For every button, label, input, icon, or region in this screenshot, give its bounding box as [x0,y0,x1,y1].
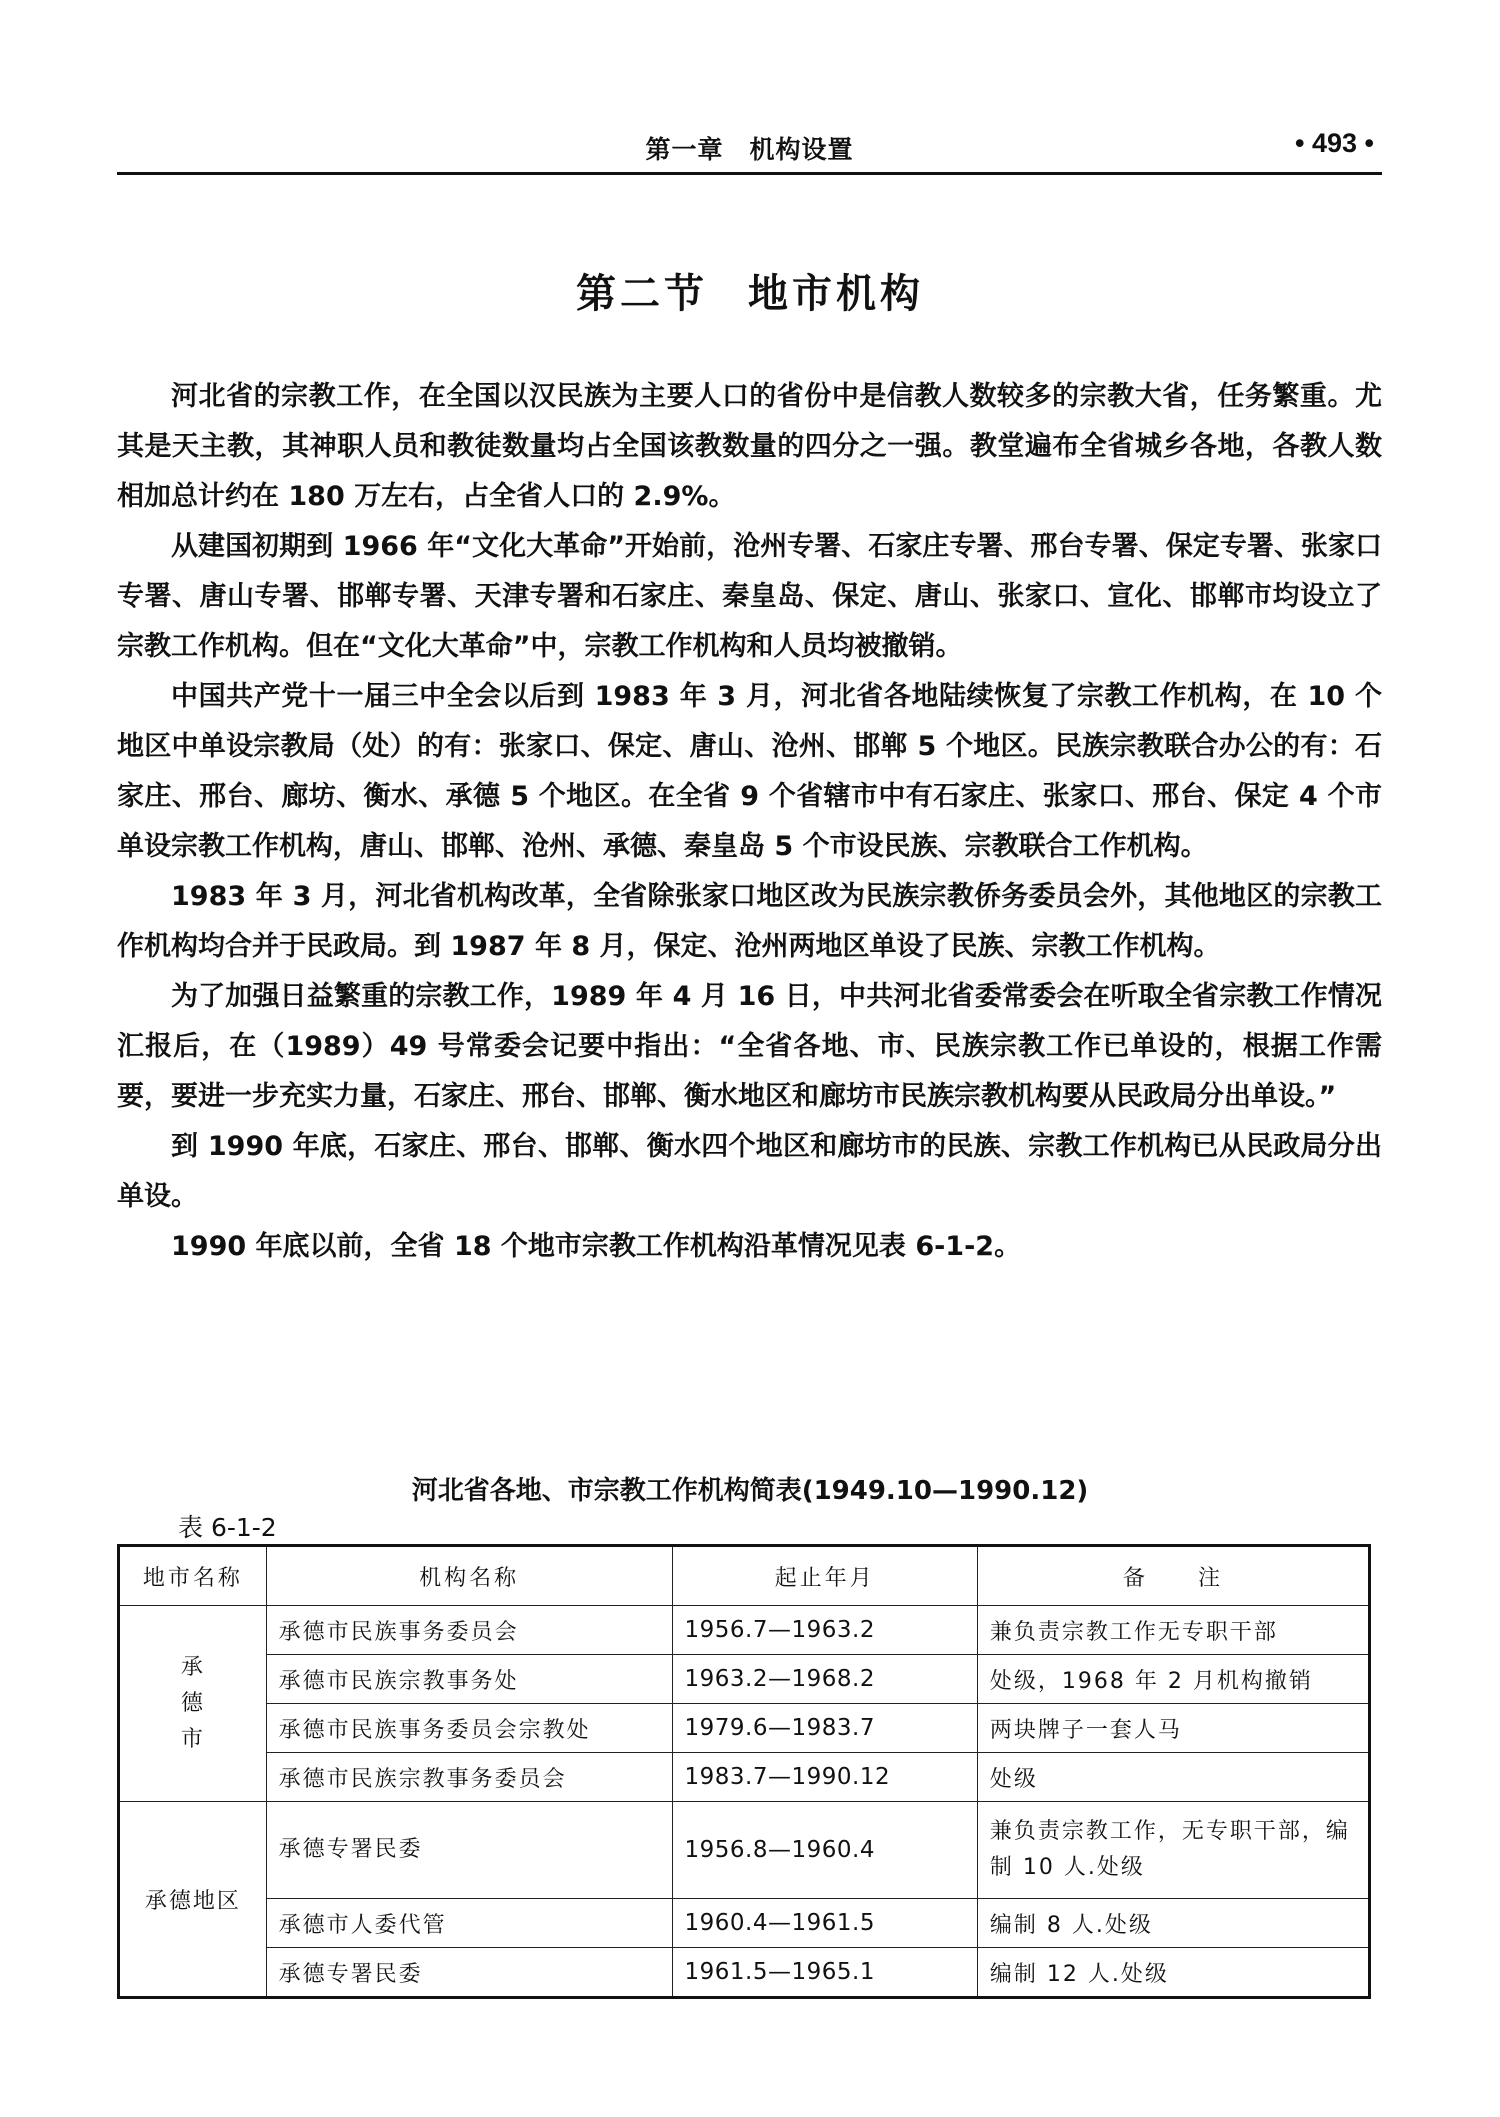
header-org-name: 机构名称 [266,1546,672,1606]
running-title: 第一章 机构设置 [117,130,1382,166]
period-cell: 1961.5—1965.1 [672,1948,977,1998]
period-cell: 1983.7—1990.12 [672,1753,977,1802]
region-cell: 承德地区 [119,1802,267,1998]
note-cell: 编制 8 人.处级 [977,1899,1369,1948]
period-cell: 1956.8—1960.4 [672,1802,977,1899]
section-number: 第二节 [576,271,708,317]
org-name-cell: 承德市民族宗教事务处 [266,1655,672,1704]
table-row: 承德专署民委 1961.5—1965.1 编制 12 人.处级 [119,1948,1370,1998]
paragraph: 1983 年 3 月，河北省机构改革，全省除张家口地区改为民族宗教侨务委员会外，… [117,872,1382,972]
org-name-cell: 承德市民族事务委员会宗教处 [266,1704,672,1753]
period-cell: 1960.4—1961.5 [672,1899,977,1948]
table-row: 承德市 承德市民族事务委员会 1956.7—1963.2 兼负责宗教工作无专职干… [119,1606,1370,1655]
organization-table: 地市名称 机构名称 起止年月 备 注 承德市 承德市民族事务委员会 1956.7… [117,1544,1371,1999]
paragraph: 河北省的宗教工作，在全国以汉民族为主要人口的省份中是信教人数较多的宗教大省，任务… [117,372,1382,522]
period-cell: 1956.7—1963.2 [672,1606,977,1655]
header-period: 起止年月 [672,1546,977,1606]
header-region: 地市名称 [119,1546,267,1606]
paragraph: 到 1990 年底，石家庄、邢台、邯郸、衡水四个地区和廊坊市的民族、宗教工作机构… [117,1122,1382,1222]
note-cell: 处级 [977,1753,1369,1802]
org-name-cell: 承德专署民委 [266,1802,672,1899]
paragraph: 1990 年底以前，全省 18 个地市宗教工作机构沿革情况见表 6-1-2。 [117,1222,1382,1272]
region-cell: 承德市 [119,1606,267,1802]
section-name: 地市机构 [748,271,924,317]
note-cell: 处级，1968 年 2 月机构撤销 [977,1655,1369,1704]
body-text: 河北省的宗教工作，在全国以汉民族为主要人口的省份中是信教人数较多的宗教大省，任务… [117,372,1382,1272]
note-cell: 两块牌子一套人马 [977,1704,1369,1753]
header-note: 备 注 [977,1546,1369,1606]
table-row: 承德市民族事务委员会宗教处 1979.6—1983.7 两块牌子一套人马 [119,1704,1370,1753]
table-number: 表 6-1-2 [178,1508,277,1544]
note-cell: 兼负责宗教工作，无专职干部，编制 10 人.处级 [977,1802,1369,1899]
table-row: 承德市民族宗教事务委员会 1983.7—1990.12 处级 [119,1753,1370,1802]
section-title: 第二节地市机构 [0,262,1500,319]
note-cell: 编制 12 人.处级 [977,1948,1369,1998]
table-caption: 河北省各地、市宗教工作机构简表(1949.10—1990.12) [0,1470,1500,1507]
table-row: 承德地区 承德专署民委 1956.8—1960.4 兼负责宗教工作，无专职干部，… [119,1802,1370,1899]
table-row: 承德市民族宗教事务处 1963.2—1968.2 处级，1968 年 2 月机构… [119,1655,1370,1704]
paragraph: 为了加强日益繁重的宗教工作，1989 年 4 月 16 日，中共河北省委常委会在… [117,972,1382,1122]
org-name-cell: 承德市民族宗教事务委员会 [266,1753,672,1802]
period-cell: 1963.2—1968.2 [672,1655,977,1704]
table-header-row: 地市名称 机构名称 起止年月 备 注 [119,1546,1370,1606]
table-row: 承德市人委代管 1960.4—1961.5 编制 8 人.处级 [119,1899,1370,1948]
page-header: 第一章 机构设置 • 493 • [117,120,1382,175]
page-number: • 493 • [1295,128,1374,159]
paragraph: 中国共产党十一届三中全会以后到 1983 年 3 月，河北省各地陆续恢复了宗教工… [117,672,1382,872]
org-name-cell: 承德专署民委 [266,1948,672,1998]
note-cell: 兼负责宗教工作无专职干部 [977,1606,1369,1655]
period-cell: 1979.6—1983.7 [672,1704,977,1753]
org-name-cell: 承德市民族事务委员会 [266,1606,672,1655]
org-name-cell: 承德市人委代管 [266,1899,672,1948]
paragraph: 从建国初期到 1966 年“文化大革命”开始前，沧州专署、石家庄专署、邢台专署、… [117,522,1382,672]
